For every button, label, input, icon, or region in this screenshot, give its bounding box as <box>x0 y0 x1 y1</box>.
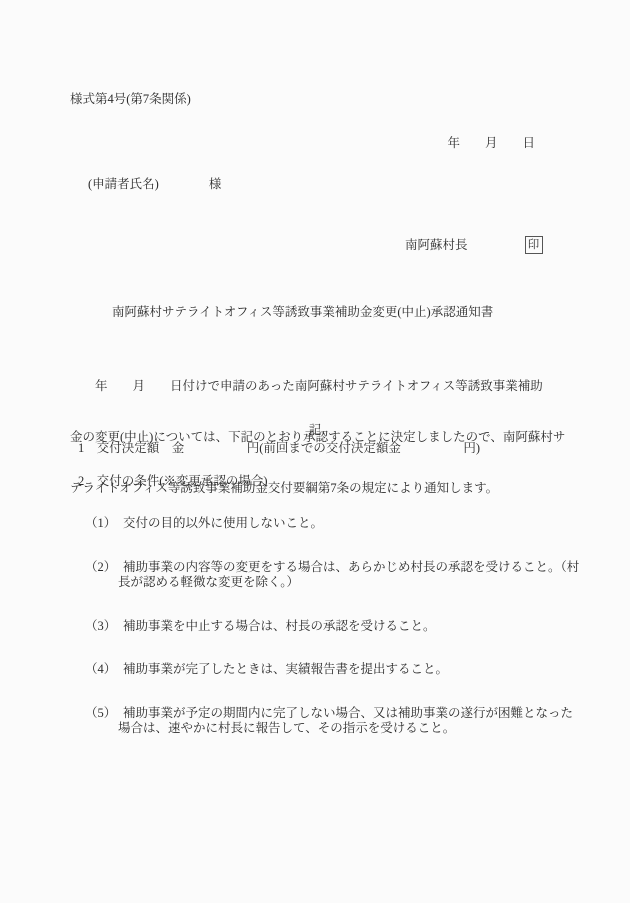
condition-text: 補助事業が予定の期間内に完了しない場合、又は補助事業の遂行が困難となった <box>123 706 573 720</box>
record-heading: 記 <box>70 423 560 437</box>
body-line: 年 月 日付けで申請のあった南阿蘇村サテライトオフィス等誘致事業補助 <box>70 375 570 398</box>
form-number: 様式第4号(第7条関係) <box>70 92 191 106</box>
conditions-list: （1）交付の目的以外に使用しないこと。 （2）補助事業の内容等の変更をする場合は… <box>85 488 579 765</box>
condition-item: （4）補助事業が完了したときは、実績報告書を提出すること。 <box>85 662 579 678</box>
condition-number: （3） <box>85 619 123 635</box>
condition-item: （1）交付の目的以外に使用しないこと。 <box>85 516 579 532</box>
condition-number: （1） <box>85 516 123 532</box>
condition-text: 補助事業の内容等の変更をする場合は、あらかじめ村長の承認を受けること。（村 <box>123 560 579 574</box>
seal-placeholder-box: 印 <box>525 236 543 254</box>
condition-item: （3）補助事業を中止する場合は、村長の承認を受けること。 <box>85 619 579 635</box>
date-line: 年 月 日 <box>447 136 535 150</box>
condition-number: （5） <box>85 706 123 722</box>
condition-text: 補助事業を中止する場合は、村長の承認を受けること。 <box>123 619 436 633</box>
condition-number: （4） <box>85 662 123 678</box>
honorific-label: 様 <box>209 177 222 191</box>
document-title: 南阿蘇村サテライトオフィス等誘致事業補助金変更(中止)承認通知書 <box>112 305 493 319</box>
condition-number: （2） <box>85 560 123 576</box>
item-grant-amount: 1 交付決定額 金 円(前回までの交付決定額金 円) <box>78 441 480 455</box>
item-conditions-heading: 2 交付の条件(※変更承認の場合) <box>78 474 268 488</box>
sender-name: 南阿蘇村長 <box>405 238 468 252</box>
document-page: 様式第4号(第7条関係) 年 月 日 (申請者氏名)様 南阿蘇村長 印 南阿蘇村… <box>0 0 630 903</box>
addressee-line: (申請者氏名)様 <box>88 177 221 191</box>
condition-text-continued: 長が認める軽微な変更を除く。） <box>85 575 579 591</box>
condition-text-continued: 場合は、速やかに村長に報告して、その指示を受けること。 <box>85 721 579 737</box>
condition-item: （2）補助事業の内容等の変更をする場合は、あらかじめ村長の承認を受けること。（村… <box>85 560 579 591</box>
applicant-name-label: (申請者氏名) <box>88 177 159 191</box>
condition-text: 補助事業が完了したときは、実績報告書を提出すること。 <box>123 662 448 676</box>
condition-item: （5）補助事業が予定の期間内に完了しない場合、又は補助事業の遂行が困難となった場… <box>85 706 579 737</box>
condition-text: 交付の目的以外に使用しないこと。 <box>123 516 323 530</box>
sender-line: 南阿蘇村長 印 <box>405 236 543 254</box>
